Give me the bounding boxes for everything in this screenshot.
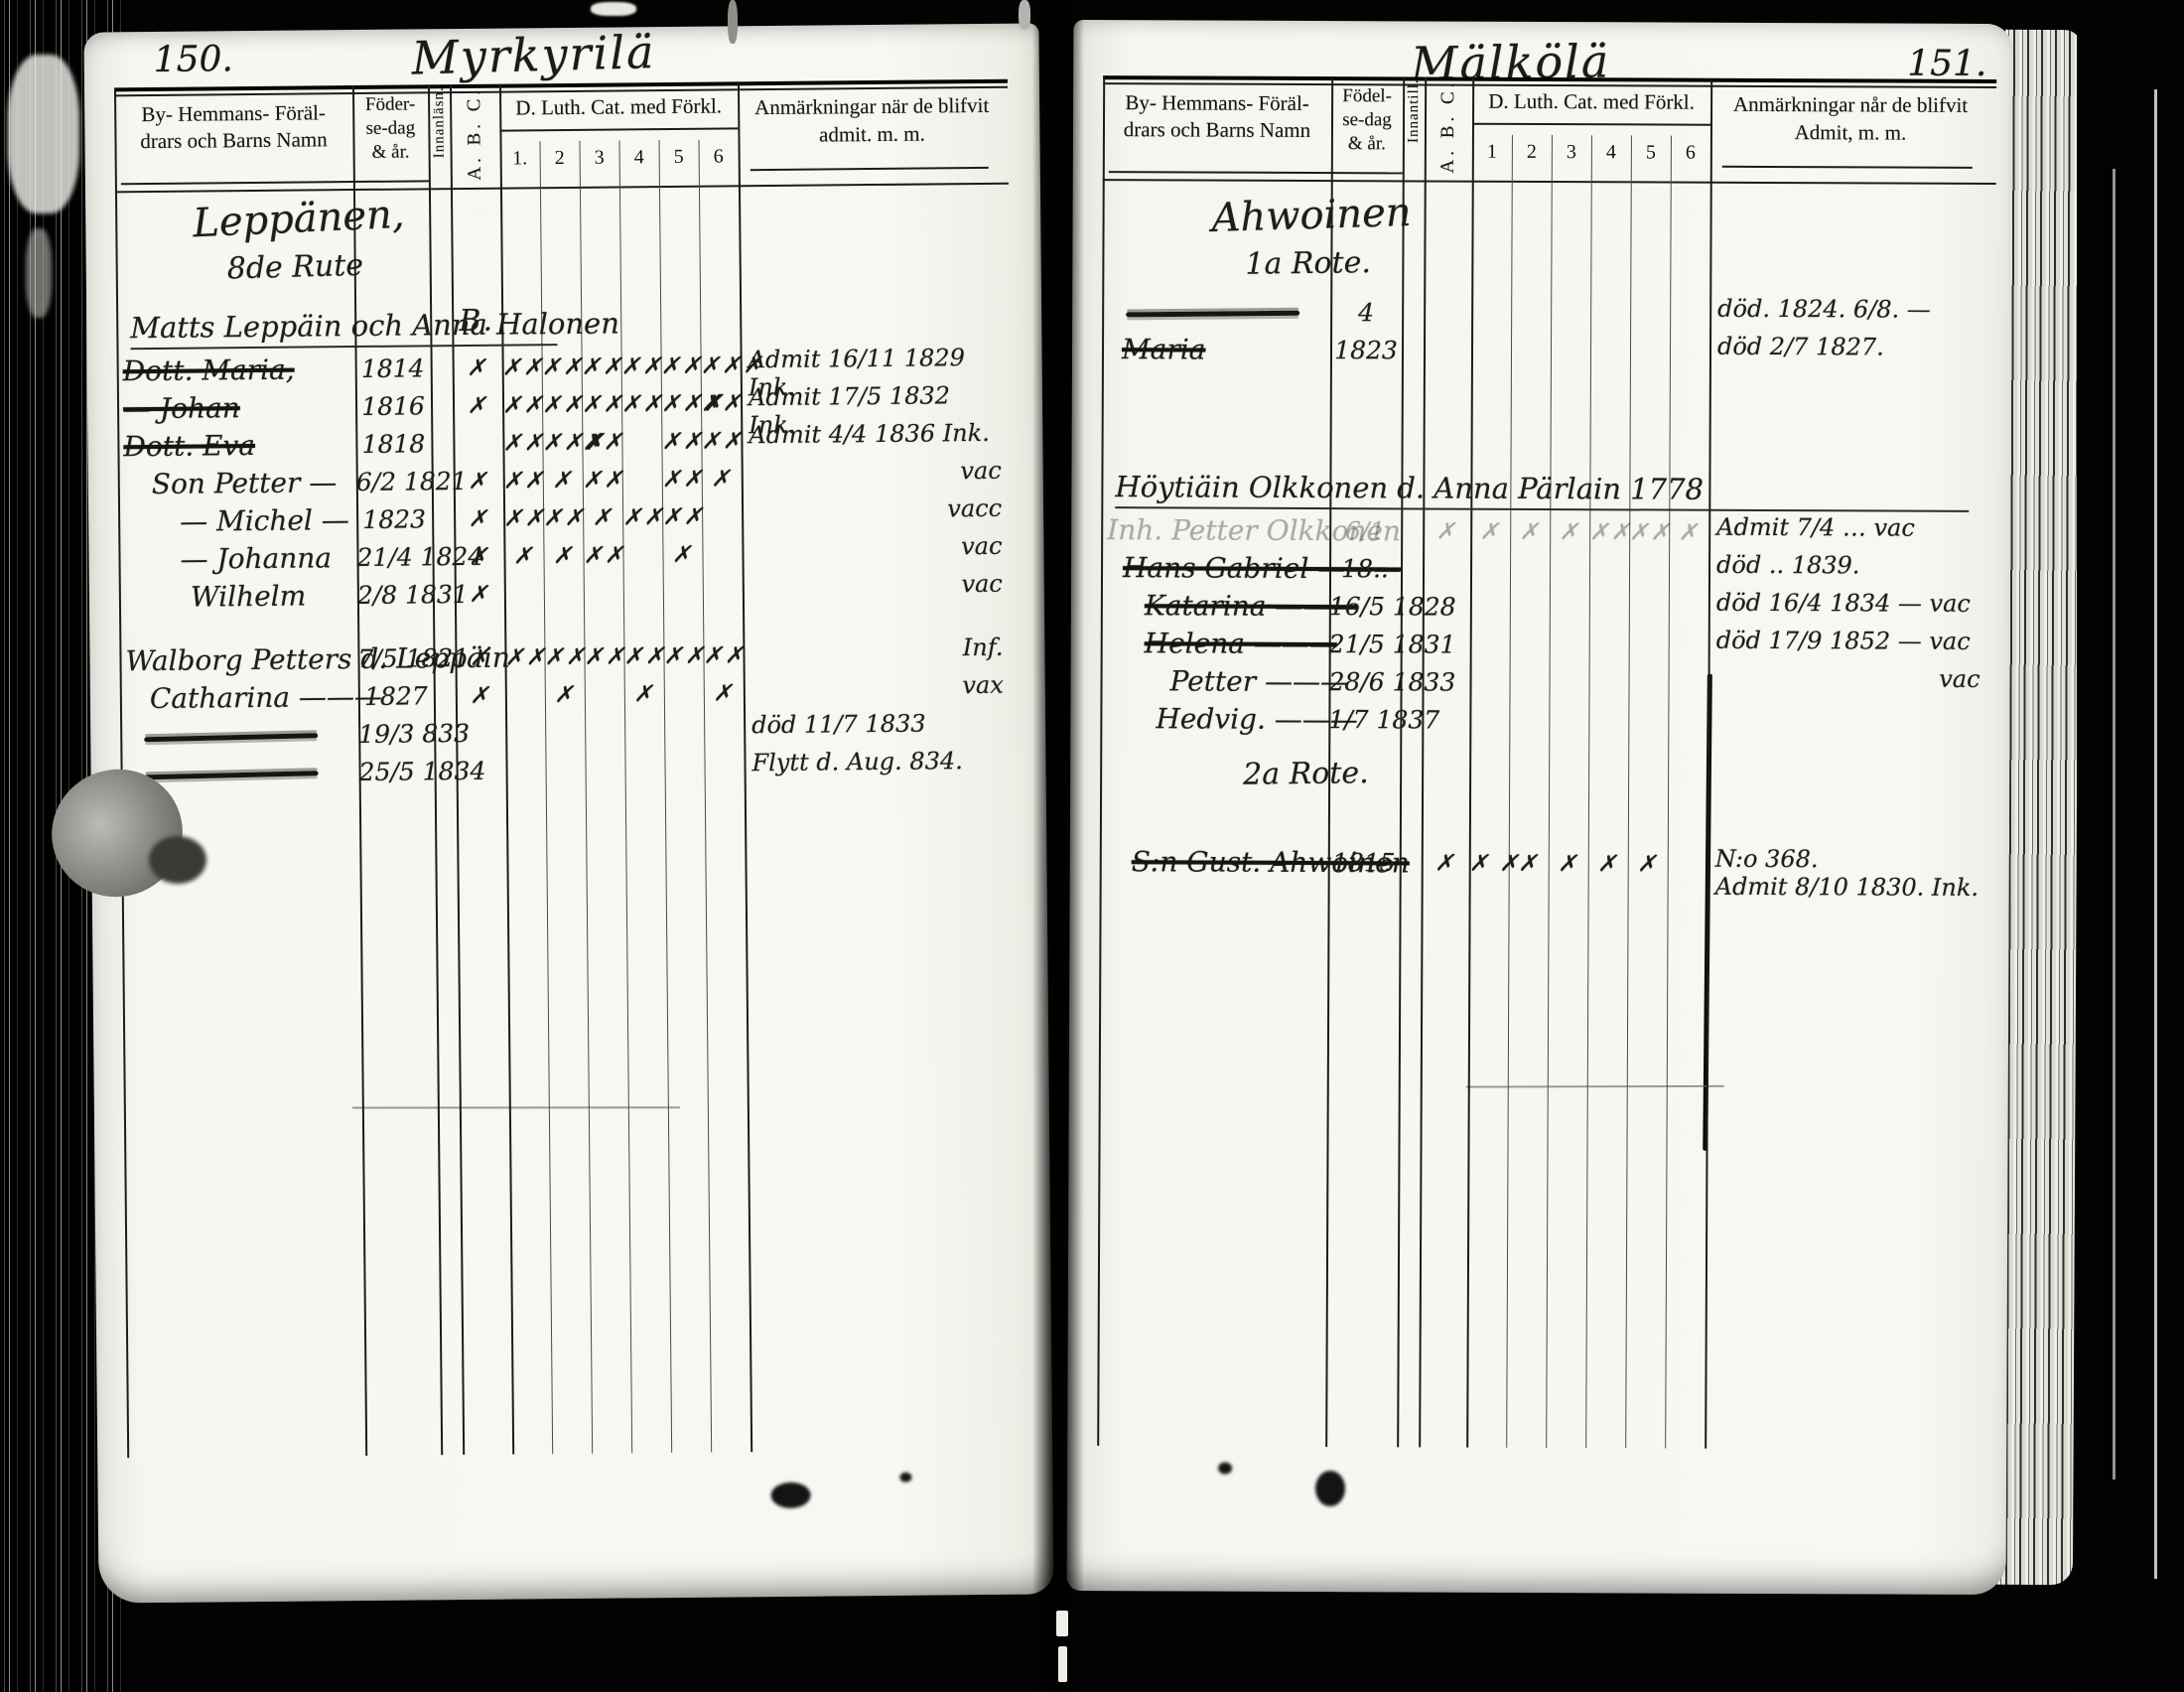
catechism-marks: ✗	[1669, 520, 1708, 546]
catechism-marks: ✗	[1549, 851, 1588, 877]
remark-note: död. 1824. 6/8. —	[1717, 296, 1981, 325]
remark-note: Flytt d. Aug. 834.	[751, 748, 1004, 777]
names-header-line2: drars och Barns Namn	[114, 126, 352, 156]
record-row: Katarina ———16/5 1828död 16/4 1834 — vac	[1101, 589, 1994, 631]
catechism-marks: ✗✗	[543, 505, 583, 531]
record-table-left: By- Hemmans- Föräl- drars och Barns Namn…	[114, 79, 1022, 1568]
ink-smudge	[1218, 1463, 1232, 1475]
column-header-names: By- Hemmans- Föräl- drars och Barns Namn	[1103, 89, 1331, 145]
catechism-marks: ✗✗	[584, 643, 623, 669]
right-black-margin	[2077, 0, 2184, 1692]
record-row: Petter ———28/6 1833vac	[1100, 664, 1993, 706]
person-name: Hedvig. ———	[1156, 702, 1328, 736]
column-header-abc: A. B. C.	[1425, 78, 1472, 180]
names-underline	[1109, 171, 1403, 174]
page-title-left: Myrkyrilä	[411, 25, 656, 85]
catechism-marks: ✗✗	[542, 392, 582, 418]
catechism-col-number: 5	[659, 146, 699, 169]
remark-note: Admit 4/4 1836 Ink.	[749, 420, 1001, 450]
person-name: Hans Gabriel ———	[1123, 551, 1329, 585]
struck-name-scribble	[145, 771, 319, 779]
section-subheading: 2a Rote.	[1243, 756, 1369, 792]
catechism-marks: ✗	[1510, 519, 1550, 545]
catechism-marks: ✗	[454, 506, 503, 532]
family-row: Matts Leppäin och Anna HalonenB.	[116, 303, 1010, 350]
record-row: Helena ———21/5 1831död 17/9 1852 — vac	[1101, 627, 1994, 668]
catechism-marks: ✗ ✗	[1469, 851, 1509, 877]
scan-speck	[591, 2, 636, 16]
catechism-marks: ✗	[1423, 518, 1470, 544]
birth-date: 18..	[1329, 554, 1401, 583]
catechism-col-number: 5	[1631, 141, 1671, 164]
remark-note: vax	[751, 672, 1004, 702]
scan-streak	[2113, 169, 2116, 1480]
record-row: Inh. Petter Olkkonen6/1✗✗✗✗✗✗✗✗✗Admit 7/…	[1101, 513, 1994, 555]
catechism-marks: ✗✗	[701, 390, 741, 416]
abc-column-label: A. B. C.	[1437, 79, 1459, 174]
remark-note: död 11/7 1833	[751, 710, 1004, 740]
catechism-marks: ✗✗✗	[701, 352, 741, 378]
catechism-marks: ✗✗	[621, 353, 661, 379]
section-heading: Ahwoinen	[1211, 190, 1412, 241]
catechism-marks: ✗	[503, 543, 543, 569]
section-subheading: 8de Rute	[226, 248, 363, 287]
column-header-catechism: D. Luth. Cat. med Förkl.	[499, 93, 738, 120]
person-name: S:n Gust. Ahwoinen	[1132, 845, 1328, 879]
remarks-underline	[1722, 166, 1973, 169]
page-left: 150. Myrkyrilä By- Hemmans- Föräl- drars…	[83, 23, 1053, 1603]
catechism-marks: ✗	[454, 544, 503, 570]
family-row: Höytiäin Olkkonen d. Anna Pärlain 1778	[1101, 470, 1994, 511]
column-header-abc: A. B. C.	[450, 86, 500, 188]
family-name: Höytiäin Olkkonen d. Anna Pärlain 1778	[1115, 470, 1969, 512]
catechism-marks: ✗✗	[703, 642, 743, 668]
catechism-marks: ✗✗	[503, 468, 543, 493]
birth-date: 4	[1330, 298, 1402, 327]
section-subheading: 1a Rote.	[1245, 245, 1371, 282]
catechism-marks: ✗	[1588, 851, 1628, 877]
catechism-col-number: 3	[1552, 141, 1591, 164]
catechism-marks: ✗	[1509, 851, 1549, 877]
remarks-header-line2: admit. m. m.	[738, 119, 1006, 150]
header-bottom-rule	[1103, 179, 1996, 185]
catechism-marks: ✗	[455, 582, 504, 608]
column-rule	[1419, 76, 1427, 1447]
catechism-marks: ✗✗✗	[661, 391, 701, 417]
catechism-marks: ✗✗	[502, 392, 542, 418]
catechism-col-number: 3	[580, 146, 619, 169]
birth-date: 16/5 1828	[1329, 592, 1401, 621]
catechism-marks: ✗✗	[502, 354, 542, 380]
birth-date: 1816	[355, 391, 431, 421]
scan-speck	[1019, 0, 1030, 30]
catechism-marks: ✗	[543, 543, 583, 569]
remark-note: N:o 368. Admit 8/10 1830. Ink.	[1715, 846, 1979, 902]
birth-date: 21/4 1824	[356, 542, 432, 572]
catechism-marks: ✗	[454, 469, 503, 494]
catechism-marks: ✗	[704, 680, 744, 706]
catechism-marks: ✗✗	[661, 429, 701, 455]
remark-note: död 17/9 1852 — vac	[1716, 628, 1980, 656]
column-rule	[1097, 75, 1105, 1446]
person-name: — Johan	[123, 390, 355, 425]
struck-name-scribble	[1126, 311, 1299, 318]
catechism-marks: ✗	[624, 681, 664, 707]
column-header-birthdate: Föder- se-dag & år.	[352, 92, 429, 164]
catechism-marks: ✗✗	[544, 644, 584, 670]
birth-date: 6/2 1821	[356, 467, 432, 496]
birth-date: 1815	[1328, 848, 1400, 877]
catechism-col-number: 6	[699, 145, 739, 168]
person-name: Dott. Maria,	[123, 352, 355, 387]
names-header-line2: drars och Barns Namn	[1103, 116, 1331, 144]
gutter-mark	[1058, 1646, 1067, 1682]
column-rule	[1466, 77, 1474, 1448]
catechism-marks: ✗	[455, 645, 504, 671]
remark-note: vac	[751, 571, 1003, 601]
catechism-marks: ✗	[583, 504, 622, 530]
remark-note: vac	[1716, 665, 1980, 694]
record-row: Maria1823död 2/7 1827.	[1102, 333, 1995, 374]
gutter-mark	[1056, 1611, 1068, 1636]
catechism-marks: ✗✗	[582, 391, 621, 417]
remark-note: död .. 1839.	[1716, 552, 1980, 581]
book-gutter	[1032, 0, 1084, 1692]
catechism-marks: ✗✗	[661, 353, 701, 379]
scanned-book-spread: 150. Myrkyrilä By- Hemmans- Föräl- drars…	[0, 0, 2184, 1692]
catechism-marks: ✗	[453, 393, 502, 419]
catechism-marks: ✗✗	[622, 504, 662, 530]
person-name: — Johanna	[180, 541, 356, 576]
column-header-reading: Innantill.	[1403, 78, 1425, 180]
catechism-marks: ✗✗✗	[542, 430, 582, 456]
remark-note: vac	[750, 533, 1002, 563]
catechism-marks: ✗✗	[504, 644, 544, 670]
birth-date: 28/6 1833	[1328, 667, 1400, 696]
remarks-underline	[751, 167, 989, 171]
catechism-marks: ✗	[702, 466, 742, 492]
person-name: Walborg Petters d. Leppäin	[125, 642, 357, 677]
ink-smudge	[1315, 1471, 1345, 1506]
catechism-marks: ✗✗	[503, 505, 543, 531]
person-name: Helena ———	[1145, 627, 1329, 660]
record-row: 25/5 1834Flytt d. Aug. 834.	[120, 750, 1014, 796]
remark-note: vac	[750, 458, 1002, 488]
catechism-marks: ✗	[545, 682, 585, 708]
remark-note: vacc	[750, 495, 1002, 525]
catechism-marks: ✗✗	[1629, 519, 1669, 545]
catechism-marks: ✗	[456, 683, 505, 709]
catechism-marks: ✗✗	[583, 467, 622, 493]
catechism-marks: ✗	[543, 468, 583, 493]
abc-mark: B.	[452, 304, 501, 339]
column-header-catechism: D. Luth. Cat. med Förkl.	[1472, 89, 1710, 115]
catechism-col-number: 2	[540, 147, 580, 170]
catechism-underline	[499, 127, 738, 131]
remark-note: Inf.	[751, 634, 1003, 664]
catechism-marks: ✗	[1550, 519, 1589, 545]
record-table-right: By- Hemmans- Föräl- drars och Barns Namn…	[1097, 75, 1996, 1559]
remark-note: Admit 7/4 … vac	[1716, 514, 1980, 543]
column-header-birthdate: Födel- se-dag & år.	[1331, 84, 1403, 156]
header-bottom-rule	[115, 183, 1009, 194]
person-name: Katarina ———	[1145, 589, 1329, 623]
catechism-col-number: 2	[1512, 141, 1552, 164]
stray-pencil-line	[1466, 1085, 1724, 1088]
birth-date: 2/8 1831	[357, 580, 433, 610]
catechism-marks: ✗	[662, 542, 702, 568]
catechism-col-number: 6	[1671, 142, 1710, 165]
birth-date: 7/5 1821	[357, 643, 433, 673]
column-header-remarks: Anmärkningar når de blifvit Admit, m. m.	[1710, 90, 1990, 148]
birth-date: 19/3 833	[358, 719, 434, 749]
record-row: Hans Gabriel ———18..död .. 1839.	[1101, 551, 1994, 593]
column-header-reading: Innanläsn.	[428, 86, 451, 188]
scan-highlight	[8, 55, 79, 213]
names-header-line1: By- Hemmans- Föräl-	[1103, 89, 1331, 117]
catechism-col-number: 1	[1472, 141, 1512, 164]
birth-date: 6/1	[1329, 516, 1401, 545]
catechism-marks: ✗✗	[662, 467, 702, 493]
catechism-marks: ✗✗	[623, 643, 663, 669]
column-header-remarks: Anmärkningar när de blifvit admit. m. m.	[738, 91, 1007, 150]
catechism-marks: ✗✗	[621, 391, 661, 417]
remarks-header-line1: Anmärkningar när de blifvit	[738, 91, 1006, 122]
person-name: Inh. Petter Olkkonen	[1107, 513, 1329, 547]
birth-date: 21/5 1831	[1329, 630, 1401, 658]
record-row: Hedvig. ———1/7 1837	[1100, 702, 1993, 744]
birth-date: 1814	[355, 353, 431, 383]
person-name: — Michel —	[180, 503, 356, 538]
birth-date: 1818	[355, 429, 431, 459]
reading-column-label: Innantill.	[1405, 78, 1422, 143]
ink-smudge	[899, 1473, 911, 1482]
birth-date: 25/5 1834	[358, 757, 434, 786]
person-name: Petter ———	[1169, 664, 1328, 698]
table-top-rule-inner	[1103, 82, 1996, 88]
person-name: Maria	[1122, 333, 1330, 366]
scan-streak	[2154, 89, 2157, 1579]
birth-date: 1827	[358, 681, 434, 711]
catechism-marks: ✗	[453, 355, 502, 381]
catechism-marks: ✗✗	[663, 643, 703, 669]
names-underline	[121, 180, 429, 185]
catechism-marks: ✗✗	[583, 542, 622, 568]
names-header-line1: By- Hemmans- Föräl-	[114, 99, 352, 129]
scan-speck	[728, 0, 738, 44]
birth-date: 1823	[356, 504, 432, 534]
remarks-header-line2: Admit, m. m.	[1710, 118, 1990, 148]
catechism-col-number: 4	[619, 146, 659, 169]
remark-note: död 2/7 1827.	[1717, 334, 1981, 362]
birth-date: 1823	[1330, 336, 1402, 364]
catechism-underline	[1472, 123, 1710, 126]
page-number-left: 150.	[154, 39, 234, 80]
catechism-marks: ✗✗	[582, 429, 621, 455]
reading-column-label: Innanläsn.	[430, 86, 448, 158]
person-name: Wilhelm	[191, 579, 357, 614]
catechism-marks: ✗✗	[582, 353, 621, 379]
column-header-names: By- Hemmans- Föräl- drars och Barns Namn	[114, 99, 353, 156]
catechism-marks: ✗	[1628, 851, 1668, 877]
catechism-marks: ✗	[1470, 519, 1510, 545]
record-row: Wilhelm2/8 1831✗vac	[119, 573, 1013, 620]
record-row: S:n Gust. Ahwoinen1815✗✗ ✗✗✗✗✗N:o 368. A…	[1100, 845, 1993, 887]
scan-highlight	[26, 228, 52, 318]
remark-note: död 16/4 1834 — vac	[1716, 590, 1980, 619]
abc-column-label: A. B. C.	[464, 86, 486, 181]
person-name: Son Petter —	[152, 466, 356, 500]
birth-date: 1/7 1837	[1328, 705, 1400, 734]
catechism-marks: ✗✗	[1589, 519, 1629, 545]
stray-pencil-line	[352, 1106, 680, 1108]
person-name: Catharina ———	[150, 680, 358, 715]
catechism-col-number: 4	[1591, 141, 1631, 164]
catechism-marks: ✗✗	[542, 354, 582, 380]
column-rule	[1397, 76, 1405, 1447]
struck-name-scribble	[144, 733, 318, 742]
catechism-marks: ✗✗	[502, 430, 542, 456]
section-heading: Leppänen,	[192, 192, 405, 246]
catechism-col-number: 1.	[500, 147, 540, 170]
person-name: Dott. Eva	[123, 428, 355, 463]
remarks-header-line1: Anmärkningar når de blifvit	[1710, 90, 1990, 120]
catechism-marks: ✗	[1422, 850, 1469, 876]
catechism-marks: ✗✗	[662, 504, 702, 530]
record-row: 4död. 1824. 6/8. —	[1102, 295, 1995, 337]
thumb-blob-shadow	[149, 836, 206, 884]
page-right: Mälkölä 151. By- Hemmans- Föräl- drars o…	[1067, 20, 2013, 1595]
catechism-marks: ✗✗	[701, 428, 741, 454]
